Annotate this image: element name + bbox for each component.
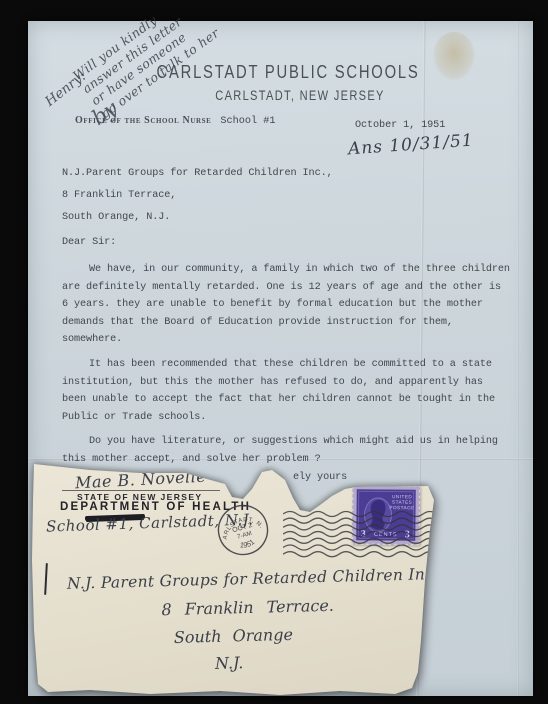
stamp-country-2: STATES — [392, 500, 412, 505]
body-line: 6 years. they are unable to benefit by f… — [62, 296, 512, 314]
body-line: We have, in our community, a family in w… — [62, 261, 512, 279]
body-line: institution, but this the mother has ref… — [62, 374, 512, 392]
text-line: N.J.Parent Groups for Retarded Children … — [62, 163, 333, 185]
text-line: South Orange, N.J. — [62, 207, 333, 229]
fold-crease-vertical — [517, 21, 519, 696]
stamp-country-1: UNITED — [392, 494, 412, 499]
paragraph: We have, in our community, a family in w… — [62, 261, 512, 349]
envelope-sender-name: Mae B. Novelle — [75, 467, 207, 493]
envelope-address: N.J. Parent Groups for Retarded Children… — [67, 559, 430, 680]
body-line: Public or Trade schools. — [62, 409, 512, 427]
body-line: are definitely mentally retarded. One is… — [62, 279, 512, 297]
envelope-wrapper: Mae B. Novelle STATE OF NEW JERSEY DEPAR… — [30, 460, 440, 700]
letter-date: October 1, 1951 — [355, 120, 445, 131]
letterhead-office-line: Office of the School NurseSchool #1 — [75, 115, 275, 127]
pen-mark — [44, 563, 48, 595]
cancellation-lines — [283, 510, 439, 558]
body-line: Do you have literature, or suggestions w… — [62, 433, 512, 451]
salutation: Dear Sir: — [62, 237, 116, 248]
body-line: It has been recommended that these child… — [62, 356, 512, 374]
letterhead-city: CARLSTADT, NEW JERSEY — [215, 88, 384, 103]
printed-rule — [62, 490, 220, 491]
text-line: 8 Franklin Terrace, — [62, 185, 333, 207]
envelope: Mae B. Novelle STATE OF NEW JERSEY DEPAR… — [30, 460, 440, 700]
paper-stain — [433, 32, 475, 80]
answered-annotation: Ans 10/31/51 — [347, 131, 474, 160]
paragraph: It has been recommended that these child… — [62, 356, 512, 426]
letter-body: We have, in our community, a family in w… — [62, 261, 512, 476]
school-number: School #1 — [220, 116, 275, 127]
body-line: demands that the Board of Education prov… — [62, 314, 512, 349]
body-line: been unable to accept the fact that her … — [62, 391, 512, 409]
letterhead-school-name: CARLSTADT PUBLIC SCHOOLS — [157, 61, 420, 83]
scanned-document: Henry: Will you kindlyanswer this letter… — [0, 0, 548, 704]
office-of-school-nurse: Office of the School Nurse — [75, 115, 211, 126]
recipient-address: N.J.Parent Groups for Retarded Children … — [62, 163, 333, 229]
